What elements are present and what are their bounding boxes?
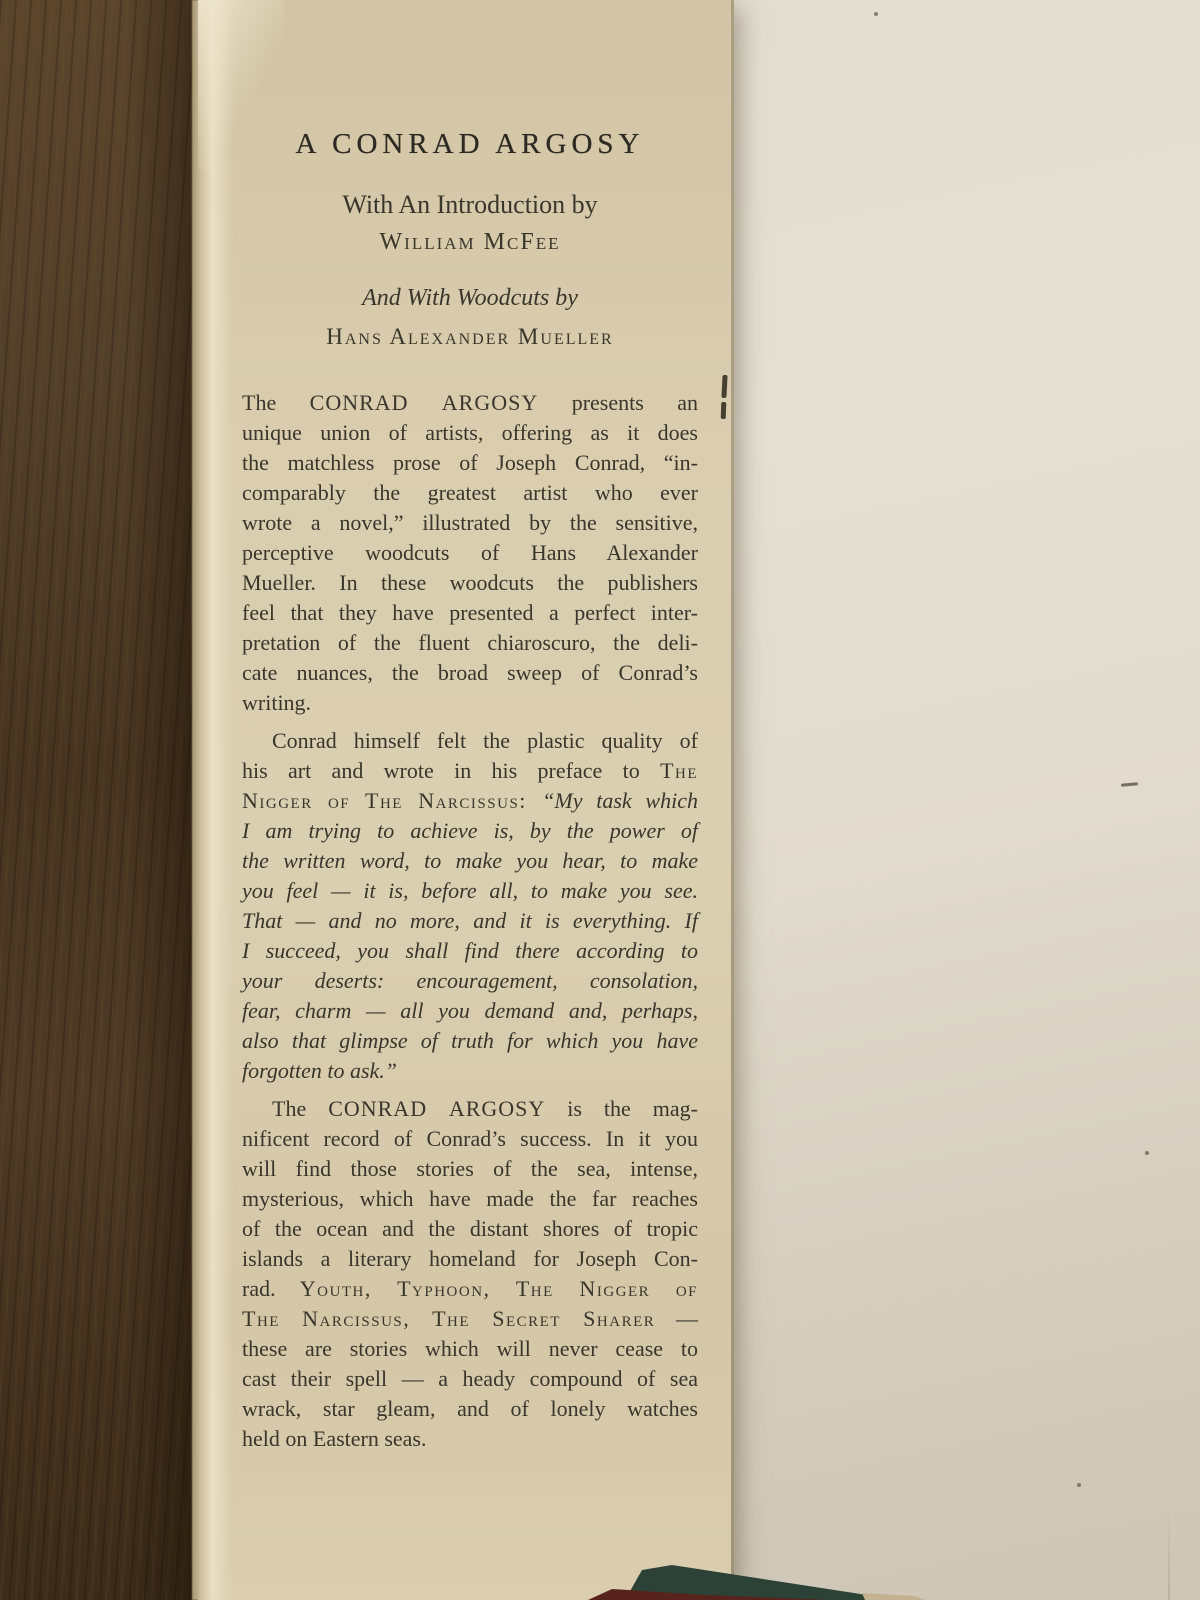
text-line: The Narcissus, The Secret Sharer — xyxy=(242,1304,698,1334)
dust-speck xyxy=(874,12,878,16)
text-line: of the ocean and the distant shores of t… xyxy=(242,1214,698,1244)
text-line: the written word, to make you hear, to m… xyxy=(242,846,698,876)
text-line: wrack, star gleam, and of lonely watches xyxy=(242,1394,698,1424)
text-line: your deserts: encouragement, consolation… xyxy=(242,966,698,996)
page-scratch-mark xyxy=(1121,782,1138,786)
text-line: wrote a novel,” illustrated by the sensi… xyxy=(242,508,698,538)
paragraph: Conrad himself felt the plastic quality … xyxy=(242,726,698,1086)
flap-fold-edge xyxy=(731,0,734,1600)
text-line: feel that they have presented a perfect … xyxy=(242,598,698,628)
text-line: pretation of the fluent chiaroscuro, the… xyxy=(242,628,698,658)
text-line: The CONRAD ARGOSY presents an xyxy=(242,388,698,418)
text-line: cast their spell — a heady compound of s… xyxy=(242,1364,698,1394)
text-line: I am trying to achieve is, by the power … xyxy=(242,816,698,846)
text-line: the matchless prose of Joseph Conrad, “i… xyxy=(242,448,698,478)
text-line: fear, charm — all you demand and, perhap… xyxy=(242,996,698,1026)
text-line: comparably the greatest artist who ever xyxy=(242,478,698,508)
text-line: That — and no more, and it is everything… xyxy=(242,906,698,936)
introduction-credit-line: With An Introduction by xyxy=(242,188,698,222)
text-line: Conrad himself felt the plastic quality … xyxy=(242,726,698,756)
text-line: his art and wrote in his preface to The xyxy=(242,756,698,786)
ink-mark xyxy=(721,402,727,419)
cover-tan-patch xyxy=(862,1593,925,1600)
dust-speck xyxy=(1145,1151,1149,1155)
ink-mark xyxy=(721,375,727,398)
dust-jacket-flap: A CONRAD ARGOSY With An Introduction by … xyxy=(198,0,734,1600)
dust-speck xyxy=(1077,1483,1081,1487)
text-line: held on Eastern seas. xyxy=(242,1424,698,1454)
paragraph: The CONRAD ARGOSY presents anunique unio… xyxy=(242,388,698,718)
text-line: Nigger of The Narcissus: “My task which xyxy=(242,786,698,816)
text-line: mysterious, which have made the far reac… xyxy=(242,1184,698,1214)
flap-body-text: The CONRAD ARGOSY presents anunique unio… xyxy=(242,388,698,1454)
text-line: writing. xyxy=(242,688,698,718)
text-line: also that glimpse of truth for which you… xyxy=(242,1026,698,1056)
woodcuts-credit-line: And With Woodcuts by xyxy=(242,282,698,314)
text-line: these are stories which will never cease… xyxy=(242,1334,698,1364)
text-line: will find those stories of the sea, inte… xyxy=(242,1154,698,1184)
book-flap-photo: A CONRAD ARGOSY With An Introduction by … xyxy=(0,0,1200,1600)
text-line: cate nuances, the broad sweep of Conrad’… xyxy=(242,658,698,688)
paragraph: The CONRAD ARGOSY is the mag-nificent re… xyxy=(242,1094,698,1454)
wood-table-background xyxy=(0,0,216,1600)
book-cover-corner xyxy=(580,1540,1030,1600)
flap-worn-edge xyxy=(192,0,234,1600)
page-crease xyxy=(1168,1505,1170,1600)
flap-printed-text: A CONRAD ARGOSY With An Introduction by … xyxy=(242,126,698,1462)
text-line: Mueller. In these woodcuts the publisher… xyxy=(242,568,698,598)
text-line: you feel — it is, before all, to make yo… xyxy=(242,876,698,906)
book-title: A CONRAD ARGOSY xyxy=(242,126,698,162)
text-line: unique union of artists, offering as it … xyxy=(242,418,698,448)
text-line: perceptive woodcuts of Hans Alexander xyxy=(242,538,698,568)
text-line: nificent record of Conrad’s success. In … xyxy=(242,1124,698,1154)
text-line: The CONRAD ARGOSY is the mag- xyxy=(242,1094,698,1124)
text-line: islands a literary homeland for Joseph C… xyxy=(242,1244,698,1274)
introduction-author-name: William McFee xyxy=(242,226,698,258)
text-line: I succeed, you shall find there accordin… xyxy=(242,936,698,966)
text-line: rad. Youth, Typhoon, The Nigger of xyxy=(242,1274,698,1304)
illustrator-name: Hans Alexander Mueller xyxy=(242,322,698,352)
text-line: forgotten to ask.” xyxy=(242,1056,698,1086)
